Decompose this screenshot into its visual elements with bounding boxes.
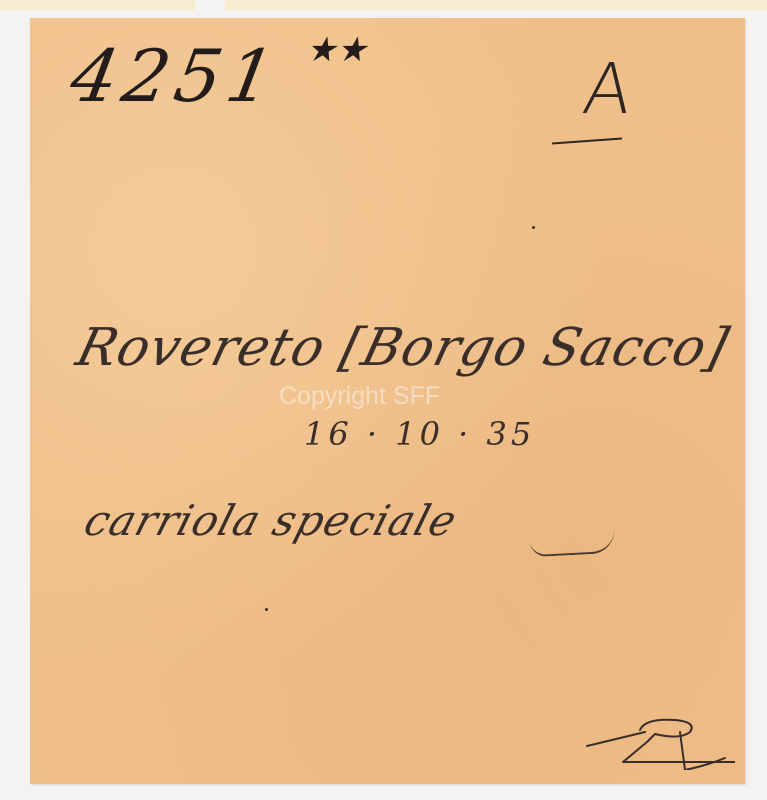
- ink-speck: [265, 608, 268, 611]
- catalog-number: 4251: [65, 34, 287, 118]
- date-text: 16 · 10 · 35: [304, 415, 535, 453]
- location-text: Rovereto [Borgo Sacco]: [71, 318, 735, 378]
- signature-mark: [585, 710, 735, 770]
- watermark: Copyright SFF: [279, 382, 440, 411]
- mount-strip: [0, 0, 767, 10]
- ink-speck: [532, 226, 535, 229]
- note-text: carriola speciale: [79, 496, 463, 545]
- star-icon: ★★: [306, 30, 367, 70]
